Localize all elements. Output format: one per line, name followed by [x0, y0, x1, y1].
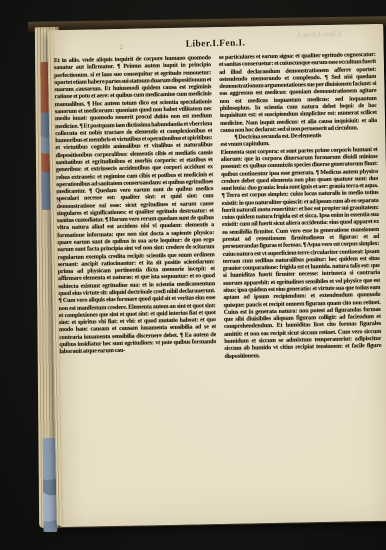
photo-of-incunabulum-page: { "page": { "running_head": "Liber.I.Fen…	[0, 0, 386, 550]
right-column-text-before-heading: se particulares et earum signa: et quali…	[219, 52, 377, 134]
right-column-text-after-heading: Elementa sunt corpora: et sunt partes pr…	[221, 147, 382, 360]
book-page: Liber.I.Fen.I. 2 Liber.I.Fen.I. + A c Et…	[47, 24, 386, 527]
running-head: Liber.I.Fen.I.	[47, 36, 383, 52]
text-column-left: Et in aliis. vnde aliquis inquirit de co…	[54, 55, 219, 468]
text-column-right: se particulares et earum signa: et quali…	[219, 52, 384, 465]
